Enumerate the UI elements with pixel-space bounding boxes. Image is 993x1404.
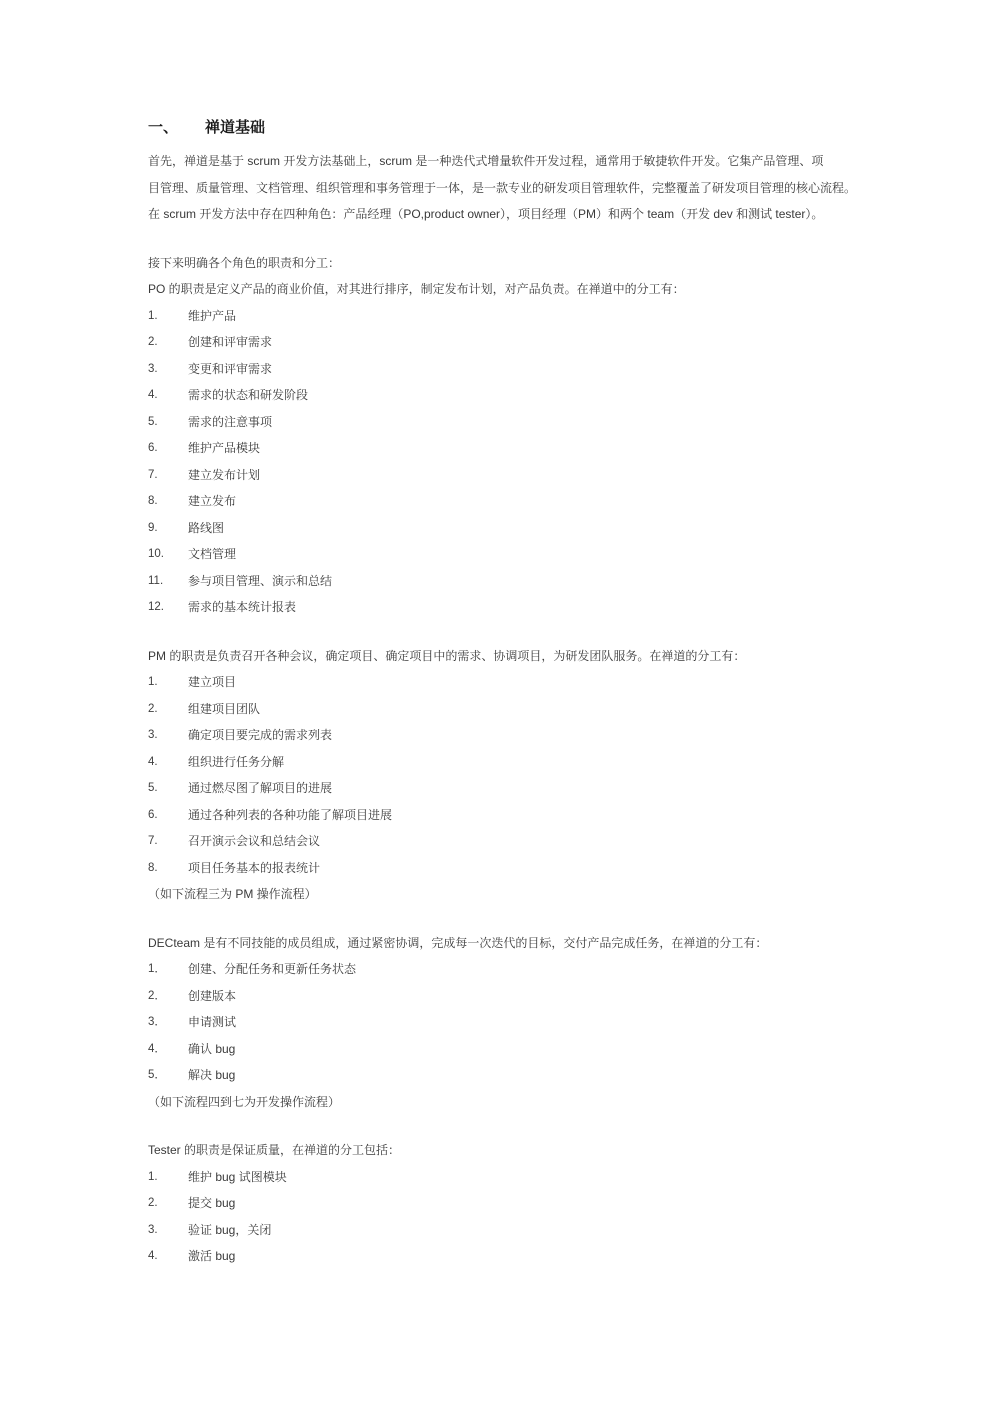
list-item-text: 文档管理 — [188, 541, 858, 568]
list-item-number: 8. — [148, 488, 188, 515]
list-item: 1． 创建、分配任务和更新任务状态 — [148, 956, 858, 983]
document-heading: 一、禅道基础 — [148, 116, 858, 140]
list-item-number: 3． — [148, 1009, 188, 1036]
list-item: 8. 项目任务基本的报表统计 — [148, 855, 858, 882]
list-item-number: 12. — [148, 594, 188, 621]
list-item-number: 8. — [148, 855, 188, 882]
intro-paragraph-line: 在 scrum 开发方法中存在四种角色：产品经理（PO,product owne… — [148, 201, 858, 228]
list-item-number: 5． — [148, 1062, 188, 1089]
list-item-text: 创建和评审需求 — [188, 329, 858, 356]
list-item-text: 组建项目团队 — [188, 696, 858, 723]
list-item: 2． 创建版本 — [148, 983, 858, 1010]
list-item: 1. 维护产品 — [148, 303, 858, 330]
list-item-number: 7. — [148, 828, 188, 855]
list-item-number: 4. — [148, 1243, 188, 1270]
list-item-number: 5. — [148, 775, 188, 802]
list-item-number: 4. — [148, 382, 188, 409]
list-item-number: 4. — [148, 749, 188, 776]
intro-paragraph-line: 首先，禅道是基于 scrum 开发方法基础上，scrum 是一种迭代式增量软件开… — [148, 148, 858, 175]
section-lead-line: PO 的职责是定义产品的商业价值，对其进行排序，制定发布计划，对产品负责。在禅道… — [148, 276, 858, 303]
intro-paragraph: 首先，禅道是基于 scrum 开发方法基础上，scrum 是一种迭代式增量软件开… — [148, 148, 858, 228]
list-item-number: 2. — [148, 1190, 188, 1217]
document-section: PM 的职责是负责召开各种会议，确定项目、确定项目中的需求、协调项目，为研发团队… — [148, 643, 858, 908]
list-item: 9. 路线图 — [148, 515, 858, 542]
list-item-text: 变更和评审需求 — [188, 356, 858, 383]
list-item-text: 建立发布计划 — [188, 462, 858, 489]
document-section: Tester 的职责是保证质量，在禅道的分工包括： 1. 维护 bug 试图模块… — [148, 1137, 858, 1270]
list-item-text: 通过各种列表的各种功能了解项目进展 — [188, 802, 858, 829]
list-item: 4. 激活 bug — [148, 1243, 858, 1270]
list-item-text: 需求的基本统计报表 — [188, 594, 858, 621]
list-item: 7. 建立发布计划 — [148, 462, 858, 489]
list-item: 7. 召开演示会议和总结会议 — [148, 828, 858, 855]
list-item: 6. 通过各种列表的各种功能了解项目进展 — [148, 802, 858, 829]
list-item-number: 3. — [148, 1217, 188, 1244]
document-page: 一、禅道基础 首先，禅道是基于 scrum 开发方法基础上，scrum 是一种迭… — [0, 0, 993, 1404]
list-item: 2. 提交 bug — [148, 1190, 858, 1217]
document-section: DECteam 是有不同技能的成员组成，通过紧密协调，完成每一次迭代的目标，交付… — [148, 930, 858, 1116]
list-item-number: 1. — [148, 303, 188, 330]
list-item: 5． 解决 bug — [148, 1062, 858, 1089]
list-item-text: 激活 bug — [188, 1243, 858, 1270]
list-item-text: 建立发布 — [188, 488, 858, 515]
document-body: 一、禅道基础 首先，禅道是基于 scrum 开发方法基础上，scrum 是一种迭… — [148, 116, 858, 1270]
list-item-number: 11. — [148, 568, 188, 595]
list-item: 2. 创建和评审需求 — [148, 329, 858, 356]
list-item-text: 解决 bug — [188, 1062, 858, 1089]
list-item-text: 验证 bug，关闭 — [188, 1217, 858, 1244]
list-item-text: 建立项目 — [188, 669, 858, 696]
list-item-text: 提交 bug — [188, 1190, 858, 1217]
list-item-number: 4． — [148, 1036, 188, 1063]
section-lead-group: Tester 的职责是保证质量，在禅道的分工包括： — [148, 1137, 858, 1164]
list-item-number: 2. — [148, 696, 188, 723]
list-item-number: 1. — [148, 1164, 188, 1191]
list-item-text: 参与项目管理、演示和总结 — [188, 568, 858, 595]
list-item: 5. 通过燃尽图了解项目的进展 — [148, 775, 858, 802]
list-item: 3. 确定项目要完成的需求列表 — [148, 722, 858, 749]
list-item-number: 2． — [148, 983, 188, 1010]
list-item-text: 通过燃尽图了解项目的进展 — [188, 775, 858, 802]
heading-text: 禅道基础 — [205, 119, 265, 136]
list-item-number: 2. — [148, 329, 188, 356]
list-item-number: 3. — [148, 356, 188, 383]
section-lead-line: DECteam 是有不同技能的成员组成，通过紧密协调，完成每一次迭代的目标，交付… — [148, 930, 858, 957]
list-item-number: 3. — [148, 722, 188, 749]
list-item-text: 维护产品 — [188, 303, 858, 330]
list-item: 4． 确认 bug — [148, 1036, 858, 1063]
list-item-number: 1． — [148, 956, 188, 983]
list-item: 10. 文档管理 — [148, 541, 858, 568]
list-item: 11. 参与项目管理、演示和总结 — [148, 568, 858, 595]
list-item: 1. 维护 bug 试图模块 — [148, 1164, 858, 1191]
section-lead-line: 接下来明确各个角色的职责和分工： — [148, 250, 858, 277]
section-list: 1. 维护产品 2. 创建和评审需求 3. 变更和评审需求 4. 需求的状态和研… — [148, 303, 858, 621]
list-item: 3. 变更和评审需求 — [148, 356, 858, 383]
section-lead-group: PM 的职责是负责召开各种会议，确定项目、确定项目中的需求、协调项目，为研发团队… — [148, 643, 858, 670]
sections-container: 接下来明确各个角色的职责和分工：PO 的职责是定义产品的商业价值，对其进行排序，… — [148, 250, 858, 1270]
list-item-text: 确认 bug — [188, 1036, 858, 1063]
list-item: 3． 申请测试 — [148, 1009, 858, 1036]
section-list: 1. 建立项目 2. 组建项目团队 3. 确定项目要完成的需求列表 4. 组织进… — [148, 669, 858, 881]
list-item-text: 路线图 — [188, 515, 858, 542]
list-item: 1. 建立项目 — [148, 669, 858, 696]
list-item-number: 5. — [148, 409, 188, 436]
list-item-number: 9. — [148, 515, 188, 542]
list-item-number: 1. — [148, 669, 188, 696]
list-item-text: 组织进行任务分解 — [188, 749, 858, 776]
section-note: （如下流程四到七为开发操作流程） — [148, 1089, 858, 1116]
list-item: 6. 维护产品模块 — [148, 435, 858, 462]
list-item-text: 创建版本 — [188, 983, 858, 1010]
document-section: 接下来明确各个角色的职责和分工：PO 的职责是定义产品的商业价值，对其进行排序，… — [148, 250, 858, 621]
section-lead-group: DECteam 是有不同技能的成员组成，通过紧密协调，完成每一次迭代的目标，交付… — [148, 930, 858, 957]
list-item: 8. 建立发布 — [148, 488, 858, 515]
section-lead-line: Tester 的职责是保证质量，在禅道的分工包括： — [148, 1137, 858, 1164]
list-item-text: 维护 bug 试图模块 — [188, 1164, 858, 1191]
list-item-number: 7. — [148, 462, 188, 489]
section-note: （如下流程三为 PM 操作流程） — [148, 881, 858, 908]
intro-paragraph-line: 目管理、质量管理、文档管理、组织管理和事务管理于一体，是一款专业的研发项目管理软… — [148, 175, 858, 202]
list-item: 12. 需求的基本统计报表 — [148, 594, 858, 621]
list-item-number: 6. — [148, 435, 188, 462]
list-item-text: 需求的状态和研发阶段 — [188, 382, 858, 409]
list-item-text: 创建、分配任务和更新任务状态 — [188, 956, 858, 983]
list-item-text: 项目任务基本的报表统计 — [188, 855, 858, 882]
list-item-number: 6. — [148, 802, 188, 829]
section-list: 1． 创建、分配任务和更新任务状态 2． 创建版本 3． 申请测试 4． 确认 … — [148, 956, 858, 1089]
list-item: 4. 需求的状态和研发阶段 — [148, 382, 858, 409]
heading-number: 一、 — [148, 116, 205, 140]
section-lead-line: PM 的职责是负责召开各种会议，确定项目、确定项目中的需求、协调项目，为研发团队… — [148, 643, 858, 670]
list-item-text: 需求的注意事项 — [188, 409, 858, 436]
list-item-text: 召开演示会议和总结会议 — [188, 828, 858, 855]
list-item: 3. 验证 bug，关闭 — [148, 1217, 858, 1244]
list-item-text: 确定项目要完成的需求列表 — [188, 722, 858, 749]
section-list: 1. 维护 bug 试图模块 2. 提交 bug 3. 验证 bug，关闭 4.… — [148, 1164, 858, 1270]
list-item-text: 维护产品模块 — [188, 435, 858, 462]
list-item-number: 10. — [148, 541, 188, 568]
section-lead-group: 接下来明确各个角色的职责和分工：PO 的职责是定义产品的商业价值，对其进行排序，… — [148, 250, 858, 303]
list-item-text: 申请测试 — [188, 1009, 858, 1036]
list-item: 4. 组织进行任务分解 — [148, 749, 858, 776]
list-item: 5. 需求的注意事项 — [148, 409, 858, 436]
list-item: 2. 组建项目团队 — [148, 696, 858, 723]
